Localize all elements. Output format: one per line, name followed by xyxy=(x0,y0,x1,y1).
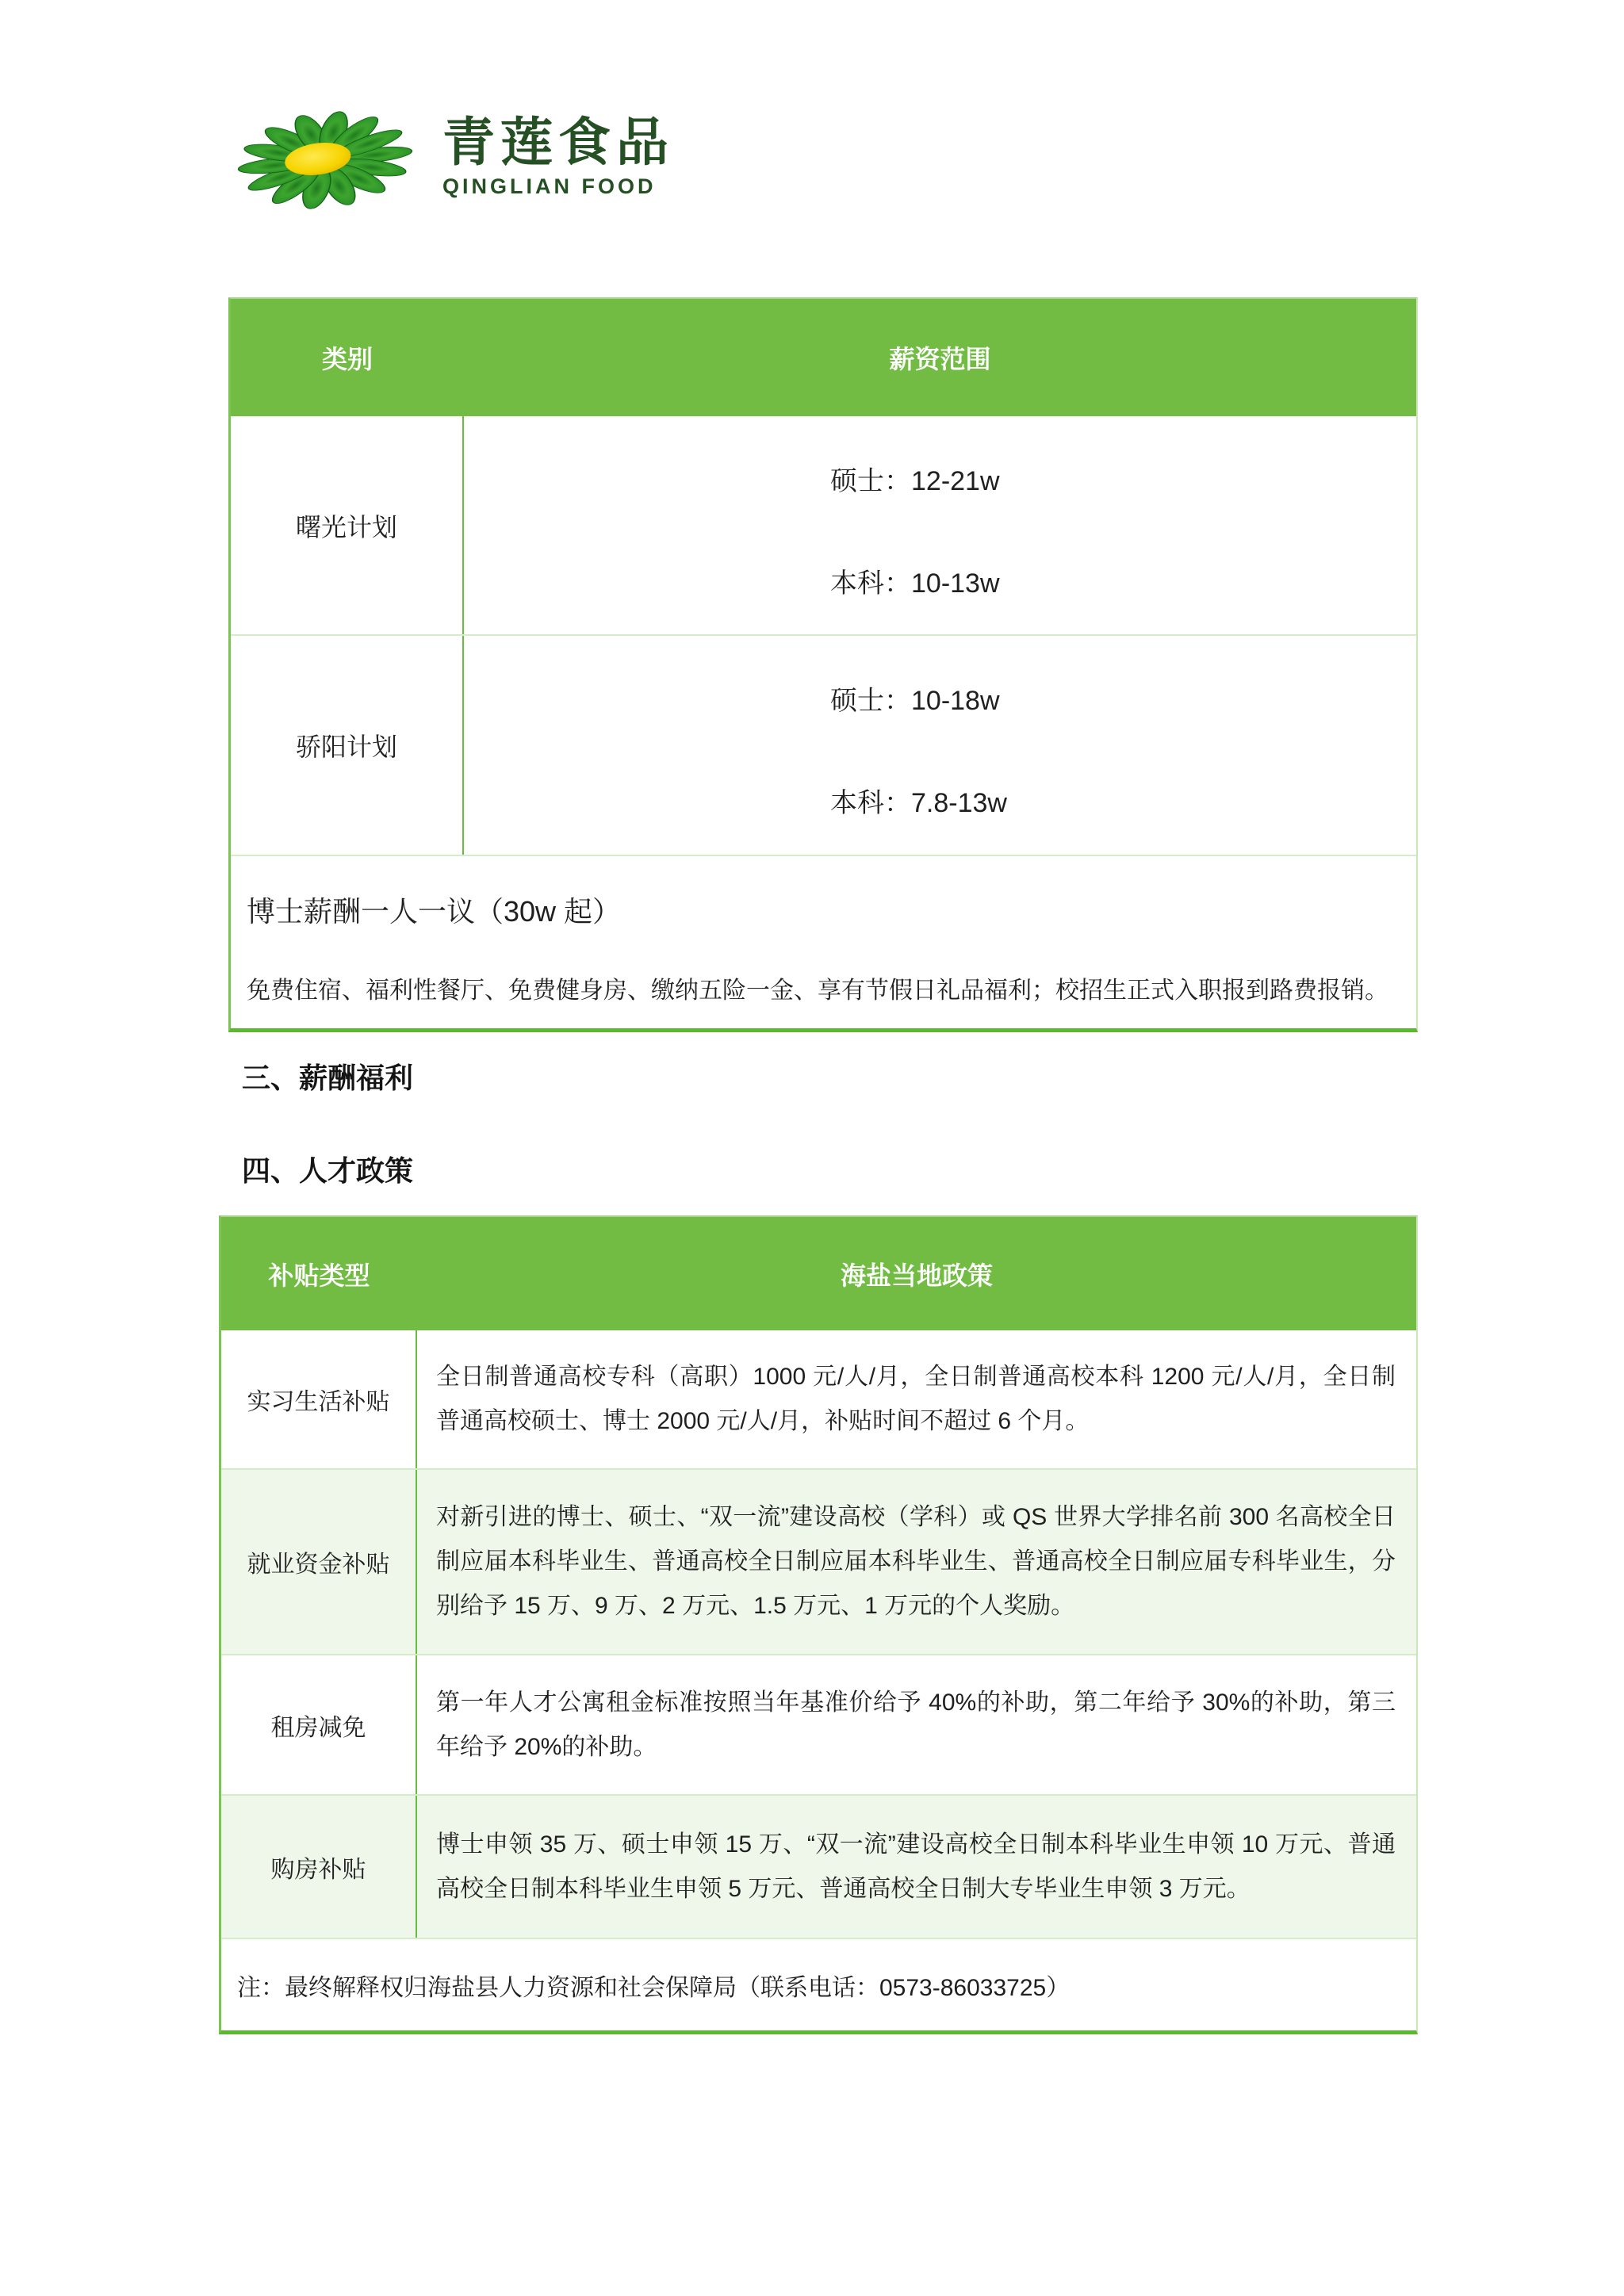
flower-logo-icon xyxy=(236,109,419,214)
policy-table-header-row: 补贴类型 海盐当地政策 xyxy=(221,1217,1416,1330)
policy-detail-cell: 第一年人才公寓租金标准按照当年基准价给予 40%的补助，第二年给予 30%的补助… xyxy=(417,1655,1416,1794)
benefits-note: 免费住宿、福利性餐厅、免费健身房、缴纳五险一金、享有节假日礼品福利；校招生正式入… xyxy=(247,975,1416,1006)
plan-name-cell: 曙光计划 xyxy=(231,416,464,634)
salary-table-merged-note-row: 博士薪酬一人一议（30w 起） 免费住宿、福利性餐厅、免费健身房、缴纳五险一金、… xyxy=(231,855,1416,1028)
phd-salary-note: 博士薪酬一人一议（30w 起） xyxy=(247,892,1416,932)
salary-line-master: 硕士：10-18w xyxy=(830,685,1416,717)
policy-text: 对新引进的博士、硕士、“双一流”建设高校（学科）或 QS 世界大学排名前 300… xyxy=(436,1495,1396,1628)
policy-table: 补贴类型 海盐当地政策 实习生活补贴 全日制普通高校专科（高职）1000 元/人… xyxy=(219,1215,1418,2034)
subsidy-type-cell: 购房补贴 xyxy=(221,1796,417,1938)
salary-table-header-row: 类别 薪资范围 xyxy=(231,299,1416,416)
policy-text: 第一年人才公寓租金标准按照当年基准价给予 40%的补助，第二年给予 30%的补助… xyxy=(436,1681,1396,1770)
policy-detail-cell: 对新引进的博士、硕士、“双一流”建设高校（学科）或 QS 世界大学排名前 300… xyxy=(417,1470,1416,1654)
table-row: 租房减免 第一年人才公寓租金标准按照当年基准价给予 40%的补助，第二年给予 3… xyxy=(221,1654,1416,1794)
salary-header-range: 薪资范围 xyxy=(464,339,1416,376)
table-row: 曙光计划 硕士：12-21w 本科：10-13w xyxy=(231,416,1416,634)
salary-line-master: 硕士：12-21w xyxy=(830,465,1416,498)
plan-range-cell: 硕士：10-18w 本科：7.8-13w xyxy=(464,636,1416,855)
plan-range-cell: 硕士：12-21w 本科：10-13w xyxy=(464,416,1416,634)
plan-name-cell: 骄阳计划 xyxy=(231,636,464,855)
policy-detail-cell: 全日制普通高校专科（高职）1000 元/人/月，全日制普通高校本科 1200 元… xyxy=(417,1330,1416,1468)
policy-detail-cell: 博士申领 35 万、硕士申领 15 万、“双一流”建设高校全日制本科毕业生申领 … xyxy=(417,1796,1416,1938)
subsidy-type-cell: 租房减免 xyxy=(221,1655,417,1794)
brand-name-english: QINGLIAN FOOD xyxy=(442,174,674,199)
salary-header-category: 类别 xyxy=(231,339,464,376)
footnote-text: 注：最终解释权归海盐县人力资源和社会保障局（联系电话：0573-86033725… xyxy=(237,1968,1070,2003)
subsidy-type-cell: 就业资金补贴 xyxy=(221,1470,417,1654)
salary-table: 类别 薪资范围 曙光计划 硕士：12-21w 本科：10-13w 骄阳计划 硕士… xyxy=(228,297,1418,1032)
policy-header-local-policy: 海盐当地政策 xyxy=(417,1256,1416,1292)
salary-line-bachelor: 本科：7.8-13w xyxy=(830,787,1416,820)
subsidy-type-cell: 实习生活补贴 xyxy=(221,1330,417,1468)
policy-header-subsidy-type: 补贴类型 xyxy=(221,1256,417,1292)
logo-text-block: 青莲食品 QINGLIAN FOOD xyxy=(442,116,674,199)
company-logo: 青莲食品 QINGLIAN FOOD xyxy=(236,109,674,214)
salary-line-bachelor: 本科：10-13w xyxy=(830,568,1416,600)
section-heading-compensation: 三、薪酬福利 xyxy=(242,1061,413,1096)
table-row: 就业资金补贴 对新引进的博士、硕士、“双一流”建设高校（学科）或 QS 世界大学… xyxy=(221,1468,1416,1654)
policy-text: 博士申领 35 万、硕士申领 15 万、“双一流”建设高校全日制本科毕业生申领 … xyxy=(436,1823,1396,1911)
table-row: 购房补贴 博士申领 35 万、硕士申领 15 万、“双一流”建设高校全日制本科毕… xyxy=(221,1794,1416,1938)
policy-table-footnote-row: 注：最终解释权归海盐县人力资源和社会保障局（联系电话：0573-86033725… xyxy=(221,1938,1416,2030)
brand-name-chinese: 青莲食品 xyxy=(442,116,674,168)
table-row: 实习生活补贴 全日制普通高校专科（高职）1000 元/人/月，全日制普通高校本科… xyxy=(221,1330,1416,1468)
document-page: 青莲食品 QINGLIAN FOOD 类别 薪资范围 曙光计划 硕士：12-21… xyxy=(0,0,1624,2296)
section-heading-talent-policy: 四、人才政策 xyxy=(242,1154,413,1188)
policy-text: 全日制普通高校专科（高职）1000 元/人/月，全日制普通高校本科 1200 元… xyxy=(436,1355,1396,1444)
table-row: 骄阳计划 硕士：10-18w 本科：7.8-13w xyxy=(231,634,1416,855)
